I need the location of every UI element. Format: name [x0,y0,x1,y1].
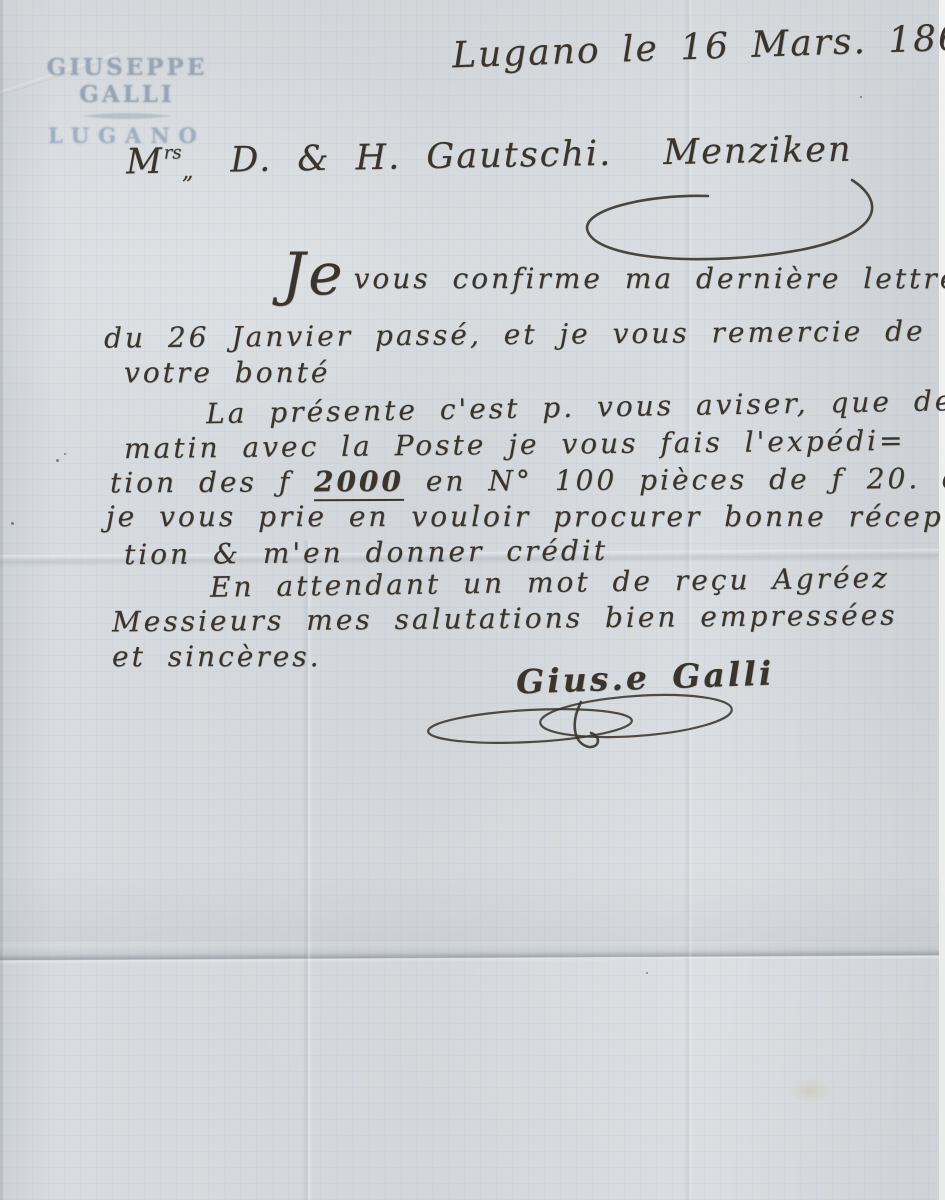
body-line-4: La présente c'est p. vous aviser, que de… [206,383,945,430]
paper-stain [788,1078,832,1104]
ink-speck [56,459,59,462]
amount-underlined: 2000 [314,465,404,501]
addressee-honorific: Mrs„ [126,141,206,182]
ink-speck [646,972,648,974]
addressee-names: D. & H. Gautschi. [230,134,613,181]
body-line-6-pre: tion des ƒ [110,465,292,499]
letterhead-name: GIUSEPPE GALLI [12,54,242,108]
underline-flourish [556,168,890,276]
letterhead-stamp: GIUSEPPE GALLI LUGANO [12,54,242,148]
addressee-honorific-mark: „ [182,159,196,184]
dateline: Lugano le 16 Mars. 1867 [451,17,945,77]
body-line-10: Messieurs mes salutations bien empressée… [112,599,898,639]
body-line-7: je vous prie en vouloir procurer bonne r… [106,500,945,533]
addressee-place: Menziken [663,130,853,173]
ink-speck [11,522,14,525]
horizontal-fold-crease-lower [0,940,945,965]
body-line-1: Jevous confirme ma dernière lettre [282,262,945,295]
body-line-2: du 26 Janvier passé, et je vous remercie… [104,314,926,354]
letter-page: GIUSEPPE GALLI LUGANO Lugano le 16 Mars.… [0,0,945,1200]
addressee-honorific-base: M [126,142,165,183]
ink-speck [860,96,862,98]
body-line-3: votre bonté [124,356,330,389]
scan-edge-right [939,0,945,1200]
scan-edge-left [0,0,3,1200]
body-line-1-text: vous confirme ma dernière lettre [354,262,945,295]
body-line-11: et sincères. [112,640,322,673]
body-line-5: matin avec la Poste je vous fais l'expéd… [124,424,906,465]
addressee-honorific-sup: rs [164,142,182,163]
body-line-6-post: en N° 100 pièces de ƒ 20. dont [426,462,945,498]
fold-shadow-band [0,868,945,942]
body-line-6: tion des ƒ 2000 en N° 100 pièces de ƒ 20… [110,462,945,500]
ink-speck [64,453,66,455]
signature: Gius.e Galli [515,654,775,702]
vertical-fold-crease-left [303,540,312,1200]
lens-divider-icon [82,111,172,121]
